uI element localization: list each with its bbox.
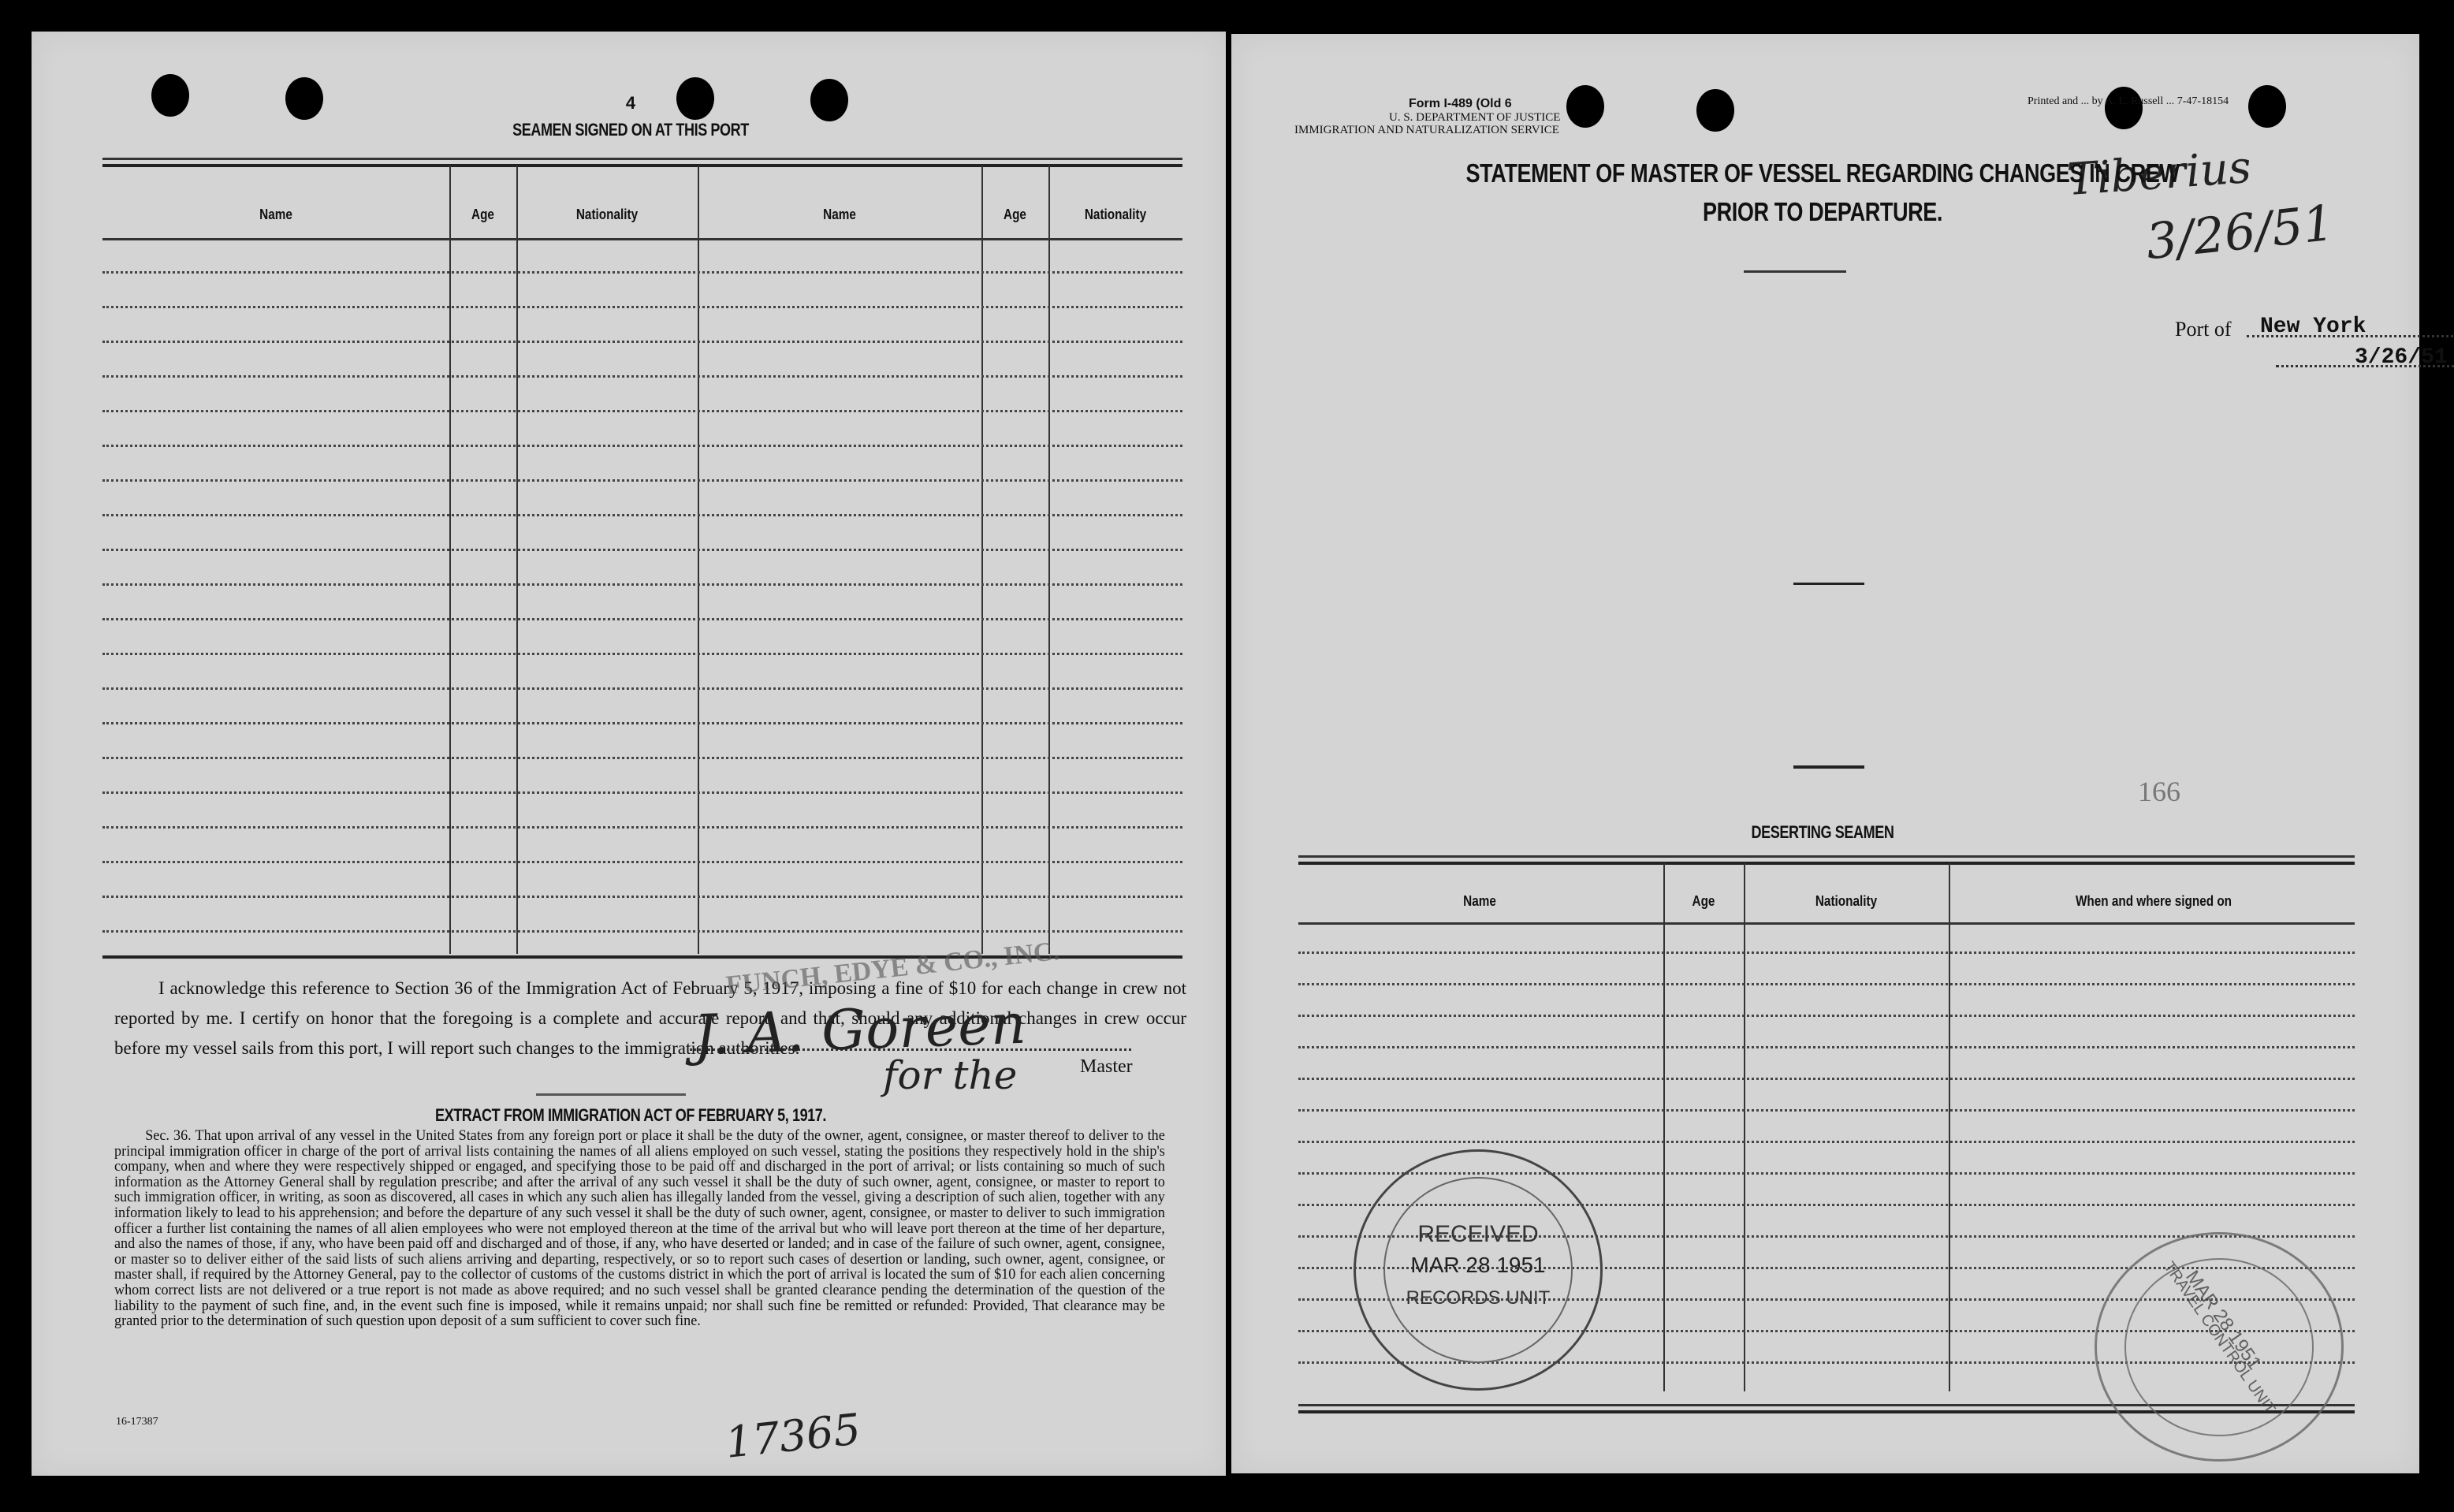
column-header-nationality: Nationality bbox=[1059, 207, 1173, 223]
table-row bbox=[102, 722, 1182, 724]
table-row bbox=[102, 341, 1182, 343]
punch-hole bbox=[151, 74, 189, 117]
punch-hole bbox=[676, 77, 714, 120]
port-value: New York bbox=[2260, 315, 2366, 339]
table-row bbox=[102, 479, 1182, 482]
divider bbox=[1744, 270, 1846, 273]
table-row bbox=[102, 410, 1182, 412]
handwritten-number: 17365 bbox=[723, 1404, 862, 1468]
table-row bbox=[1298, 1141, 2355, 1143]
table-row bbox=[102, 375, 1182, 378]
extract-text: Sec. 36. That upon arrival of any vessel… bbox=[114, 1129, 1165, 1330]
form-title-line1: STATEMENT OF MASTER OF VESSEL REGARDING … bbox=[1396, 158, 2249, 188]
table-row bbox=[1298, 1109, 2355, 1112]
punch-hole bbox=[1566, 85, 1604, 128]
page-number: 4 bbox=[583, 93, 678, 114]
column-header-nationality: Nationality bbox=[530, 207, 684, 223]
stamp-number: 166 bbox=[2138, 775, 2180, 808]
table-row bbox=[102, 687, 1182, 690]
column-header-name: Name bbox=[209, 207, 343, 223]
date-value: 3/26/51 bbox=[2355, 345, 2448, 370]
punch-hole bbox=[2248, 85, 2286, 128]
column-header-name: Name bbox=[1413, 893, 1547, 910]
divider bbox=[1793, 583, 1864, 585]
table-row bbox=[102, 549, 1182, 551]
column-header-age: Age bbox=[1670, 893, 1738, 910]
table-row bbox=[102, 791, 1182, 794]
stamp-date: MAR 28 1951 bbox=[1356, 1253, 1600, 1278]
table-row bbox=[1298, 983, 2355, 985]
table-row bbox=[102, 306, 1182, 308]
travel-control-stamp: MAR 28 1951 TRAVEL CONTROL UNIT bbox=[2095, 1232, 2344, 1462]
table-row bbox=[102, 861, 1182, 863]
table-row bbox=[1298, 1078, 2355, 1080]
column-header-name: Name bbox=[773, 207, 907, 223]
column-header-age: Age bbox=[454, 207, 511, 223]
signature-for-the: for the bbox=[883, 1052, 1017, 1098]
table-row bbox=[102, 583, 1182, 586]
column-header-age: Age bbox=[986, 207, 1043, 223]
table-row bbox=[1298, 1046, 2355, 1048]
table-row bbox=[102, 445, 1182, 447]
punch-hole bbox=[1696, 89, 1734, 132]
table-row bbox=[102, 514, 1182, 516]
department: U. S. DEPARTMENT OF JUSTICE bbox=[1389, 111, 1560, 125]
table-row bbox=[102, 930, 1182, 933]
deserting-seamen-title: DESERTING SEAMEN bbox=[1661, 822, 1984, 843]
table-row bbox=[102, 653, 1182, 655]
right-page: Form I-489 (Old 6 U. S. DEPARTMENT OF JU… bbox=[1231, 34, 2419, 1473]
divider bbox=[536, 1093, 686, 1096]
print-code: 16-17387 bbox=[116, 1416, 158, 1428]
seamen-signed-on-table: Name Age Nationality Name Age Nationalit… bbox=[102, 158, 1182, 954]
table-row bbox=[102, 618, 1182, 620]
left-page: 4 SEAMEN SIGNED ON AT THIS PORT Name Age… bbox=[32, 32, 1226, 1476]
extract-title: EXTRACT FROM IMMIGRATION ACT OF FEBRUARY… bbox=[295, 1105, 967, 1126]
form-title-line2: PRIOR TO DEPARTURE. bbox=[1596, 197, 2049, 227]
table-row bbox=[102, 896, 1182, 898]
column-header-when-where: When and where signed on bbox=[1993, 893, 2314, 910]
stamp-unit: RECORDS UNIT bbox=[1356, 1287, 1600, 1309]
punch-hole bbox=[810, 79, 848, 121]
port-label: Port of bbox=[2175, 318, 2232, 341]
punch-hole bbox=[2105, 87, 2143, 129]
table-row bbox=[102, 826, 1182, 829]
received-stamp: RECEIVED MAR 28 1951 RECORDS UNIT bbox=[1354, 1149, 1603, 1391]
printer-line: Printed and ... by A. L. Russell ... 7-4… bbox=[2028, 95, 2229, 108]
table-row bbox=[102, 757, 1182, 759]
master-label: Master bbox=[1080, 1056, 1133, 1078]
table-row bbox=[1298, 1015, 2355, 1017]
divider bbox=[1793, 765, 1864, 769]
section-title: SEAMEN SIGNED ON AT THIS PORT bbox=[411, 120, 851, 140]
table-row bbox=[102, 271, 1182, 274]
punch-hole bbox=[285, 77, 323, 120]
table-row bbox=[1298, 952, 2355, 954]
service: IMMIGRATION AND NATURALIZATION SERVICE bbox=[1294, 124, 1559, 137]
form-number: Form I-489 (Old 6 bbox=[1409, 97, 1512, 111]
column-header-nationality: Nationality bbox=[1760, 893, 1934, 910]
stamp-title: RECEIVED bbox=[1356, 1221, 1600, 1248]
handwritten-date: 3/26/51 bbox=[2143, 194, 2337, 271]
